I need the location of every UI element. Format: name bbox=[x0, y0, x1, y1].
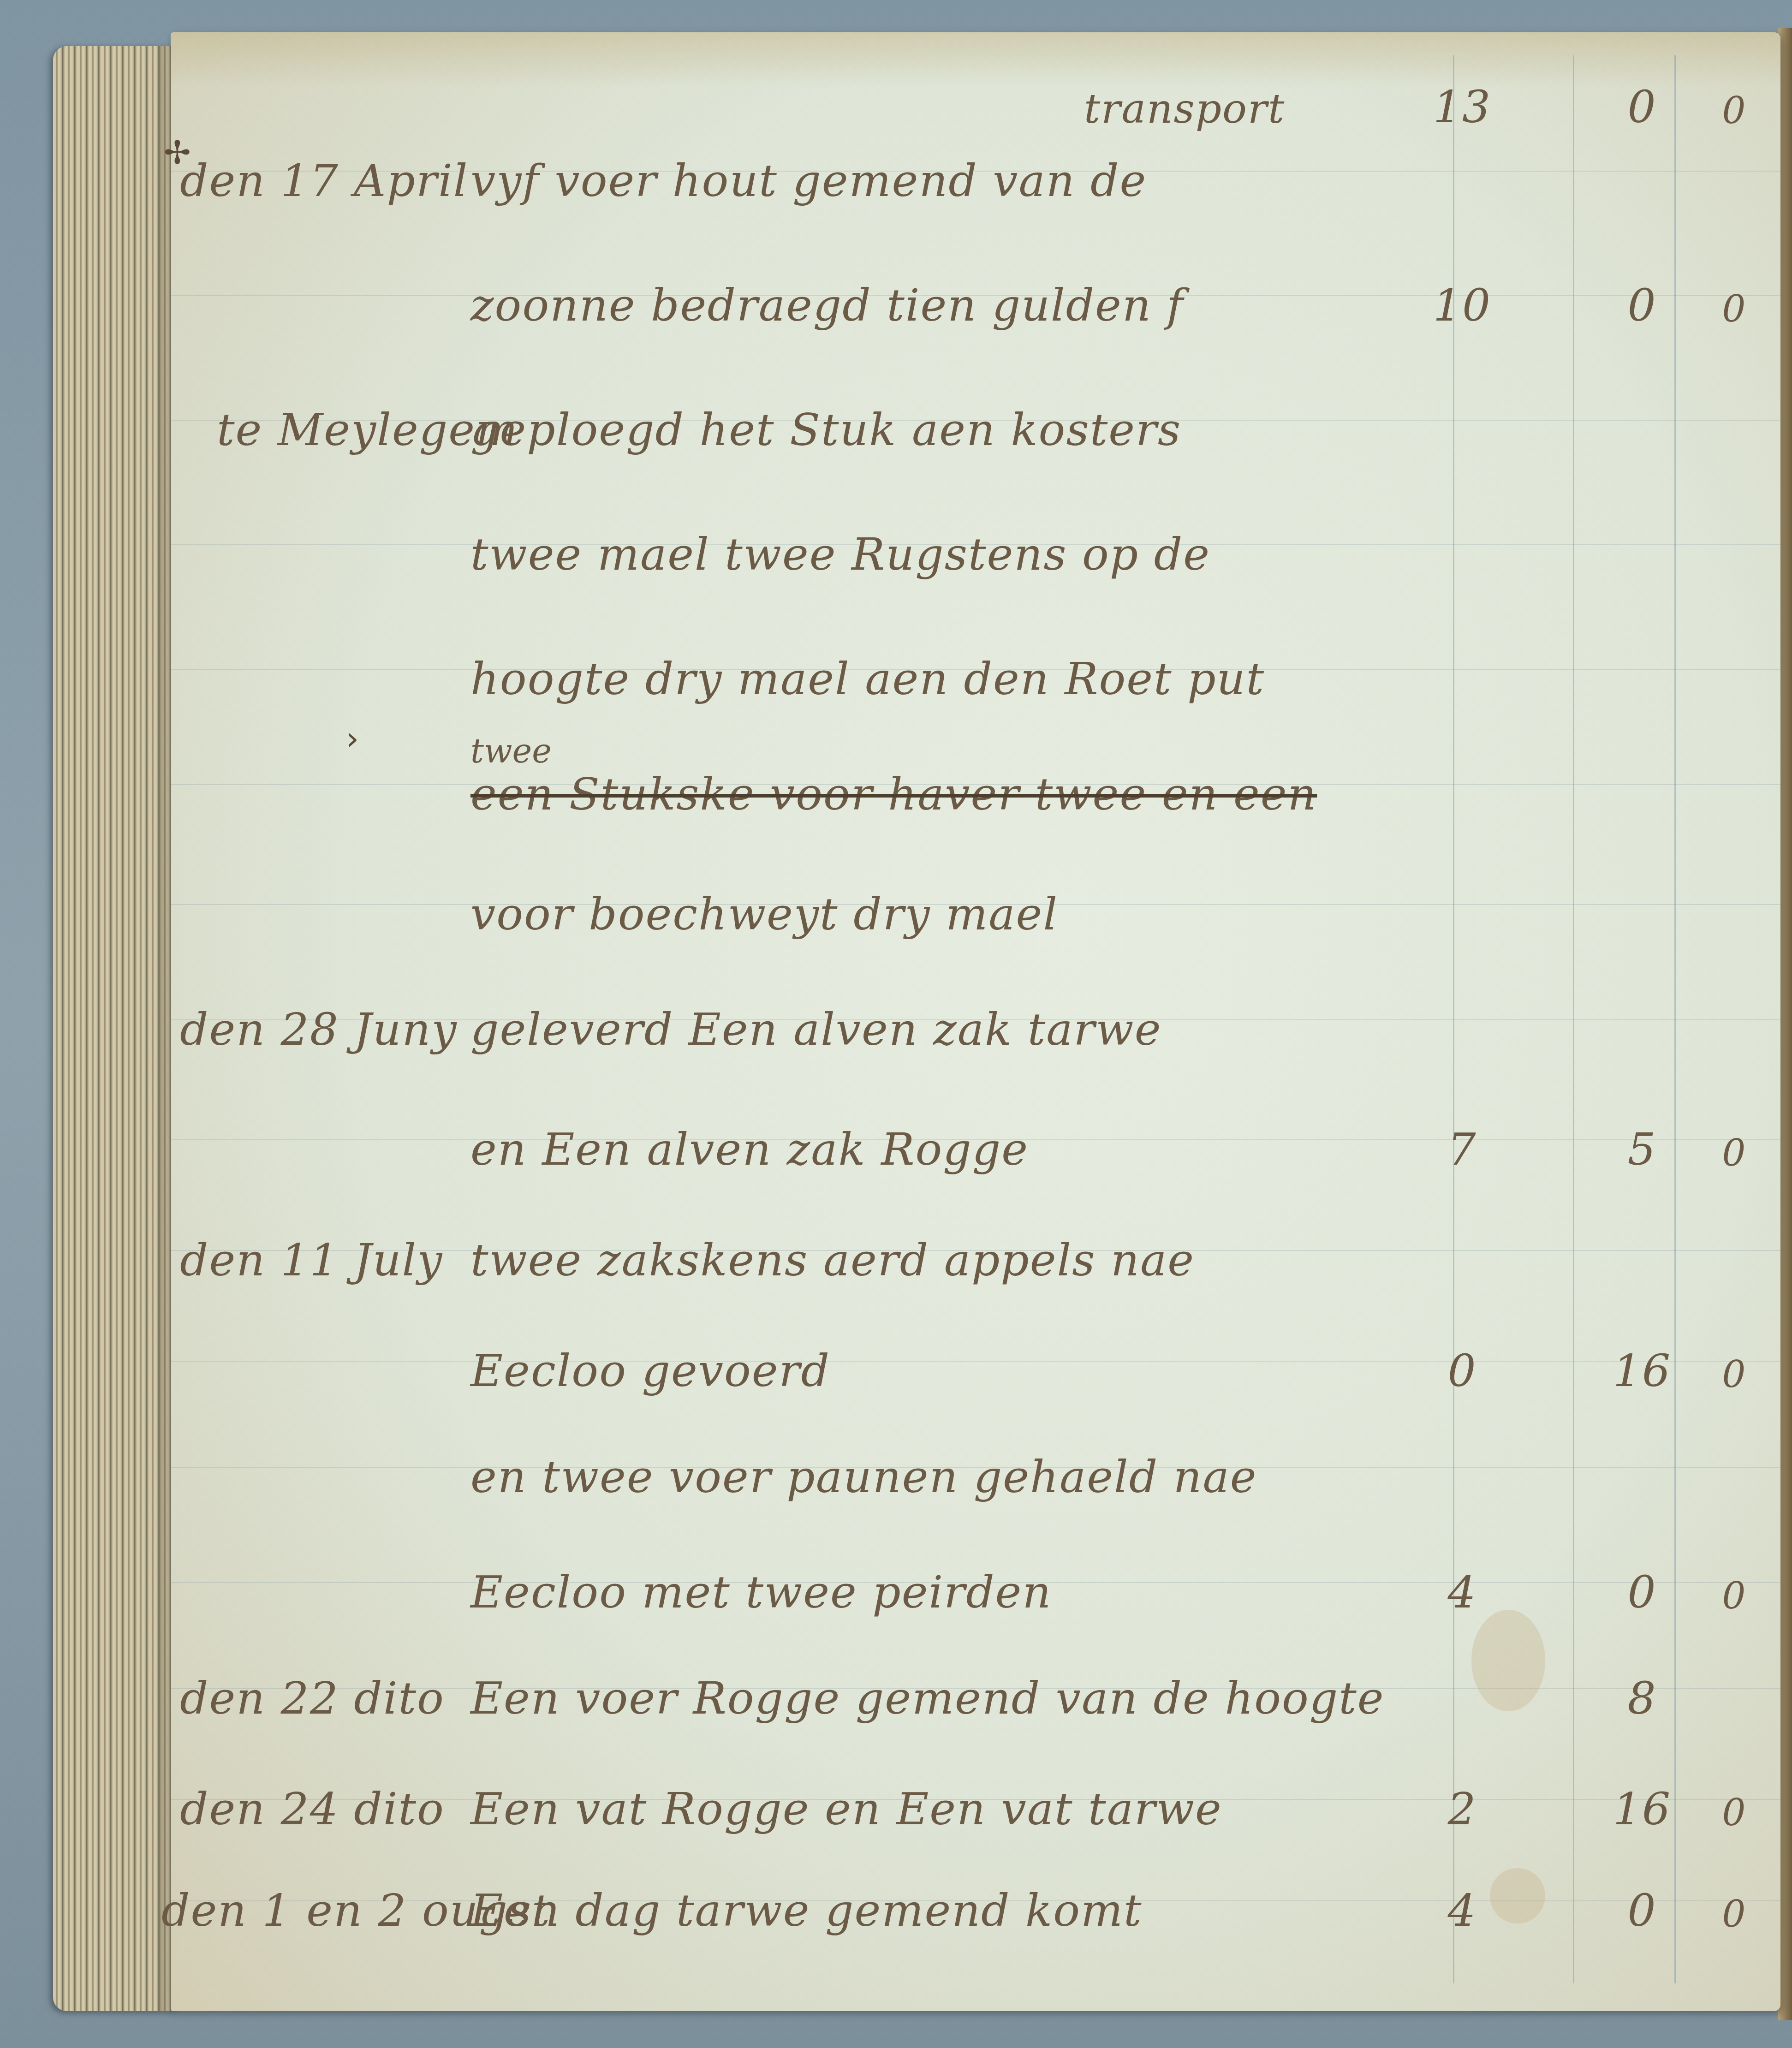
ledger-row: hoogte dry mael aen den Roet put bbox=[171, 623, 1780, 715]
ledger-row: zoonne bedraegd tien gulden f 10 0 0 bbox=[171, 249, 1780, 341]
amount-guilders: 13 bbox=[1416, 85, 1508, 129]
book-page-edges bbox=[53, 46, 178, 2011]
entry-text: twee mael twee Rugstens op de bbox=[470, 532, 1210, 577]
amount-stuivers: 0 bbox=[1596, 1570, 1688, 1614]
amount-penningen: 0 bbox=[1688, 92, 1780, 129]
entry-text: geploegd het Stuk aen kosters bbox=[470, 408, 1181, 452]
ledger-row: en Een alven zak Rogge 7 5 0 bbox=[171, 1093, 1780, 1185]
entry-text: Eecloo gevoerd bbox=[470, 1349, 830, 1393]
entry-date: den 17 April bbox=[180, 159, 468, 203]
entry-text: geleverd Een alven zak tarwe bbox=[470, 1007, 1161, 1052]
amount-stuivers: 8 bbox=[1596, 1676, 1688, 1721]
amount-guilders: 4 bbox=[1416, 1570, 1508, 1614]
ledger-row: Eecloo met twee peirden 4 0 0 bbox=[171, 1536, 1780, 1628]
ledger-row: en twee voer paunen gehaeld nae bbox=[171, 1421, 1780, 1513]
entry-date: den 24 dito bbox=[180, 1787, 445, 1831]
amount-penningen: 0 bbox=[1688, 291, 1780, 327]
amount-guilders: 7 bbox=[1416, 1127, 1508, 1172]
amount-guilders: 0 bbox=[1416, 1349, 1508, 1393]
entry-text: zoonne bedraegd tien gulden f bbox=[470, 283, 1184, 327]
transport-label: transport bbox=[1084, 89, 1285, 129]
entry-text: vyf voer hout gemend van de bbox=[470, 159, 1147, 203]
ledger-row: den 17 April vyf voer hout gemend van de bbox=[171, 125, 1780, 217]
ledger-row: voor boechweyt dry mael bbox=[171, 858, 1780, 950]
amount-penningen: 0 bbox=[1688, 1896, 1780, 1933]
ledger-row: te Meylegem geploegd het Stuk aen koster… bbox=[171, 374, 1780, 466]
inserted-word: twee bbox=[470, 732, 552, 770]
ledger-row: den 1 en 2 ougst Een dag tarwe gemend ko… bbox=[171, 1854, 1780, 1947]
entry-text: Een vat Rogge en Een vat tarwe bbox=[470, 1787, 1222, 1831]
entry-text: Een voer Rogge gemend van de hoogte bbox=[470, 1676, 1385, 1721]
entry-text: Een dag tarwe gemend komt bbox=[470, 1888, 1143, 1933]
ledger-row: Eecloo gevoerd 0 16 0 bbox=[171, 1315, 1780, 1407]
entry-date: den 11 July bbox=[180, 1238, 443, 1282]
entry-text: voor boechweyt dry mael bbox=[470, 892, 1058, 936]
struck-entry-text: een Stukske voor haver twee en een bbox=[470, 772, 1317, 816]
amount-stuivers: 0 bbox=[1596, 1888, 1688, 1933]
ledger-row: den 28 Juny geleverd Een alven zak tarwe bbox=[171, 973, 1780, 1066]
amount-guilders: 4 bbox=[1416, 1888, 1508, 1933]
entry-text: Eecloo met twee peirden bbox=[470, 1570, 1052, 1614]
entry-text: twee zakskens aerd appels nae bbox=[470, 1238, 1195, 1282]
amount-penningen: 0 bbox=[1688, 1356, 1780, 1393]
entry-text: en twee voer paunen gehaeld nae bbox=[470, 1455, 1257, 1499]
ledger-page: ✢ › transport 13 0 0 den 17 April vyf vo… bbox=[171, 32, 1780, 2011]
amount-penningen: 0 bbox=[1688, 1135, 1780, 1172]
amount-stuivers: 16 bbox=[1596, 1349, 1688, 1393]
amount-stuivers: 16 bbox=[1596, 1787, 1688, 1831]
amount-stuivers: 5 bbox=[1596, 1127, 1688, 1172]
amount-guilders: 2 bbox=[1416, 1787, 1508, 1831]
amount-guilders: 10 bbox=[1416, 283, 1508, 327]
ledger-row-struck: twee een Stukske voor haver twee en een bbox=[171, 738, 1780, 830]
ledger-row: den 11 July twee zakskens aerd appels na… bbox=[171, 1204, 1780, 1296]
amount-penningen: 0 bbox=[1688, 1578, 1780, 1614]
amount-penningen: 0 bbox=[1688, 1794, 1780, 1831]
entry-text: hoogte dry mael aen den Roet put bbox=[470, 657, 1265, 701]
ledger-row: den 24 dito Een vat Rogge en Een vat tar… bbox=[171, 1753, 1780, 1845]
entry-date: den 28 Juny bbox=[180, 1007, 458, 1052]
entry-date: den 22 dito bbox=[180, 1676, 445, 1721]
ledger-row: den 22 dito Een voer Rogge gemend van de… bbox=[171, 1642, 1780, 1734]
ledger-row: twee mael twee Rugstens op de bbox=[171, 498, 1780, 590]
amount-stuivers: 0 bbox=[1596, 85, 1688, 129]
amount-stuivers: 0 bbox=[1596, 283, 1688, 327]
entry-text: en Een alven zak Rogge bbox=[470, 1127, 1029, 1172]
